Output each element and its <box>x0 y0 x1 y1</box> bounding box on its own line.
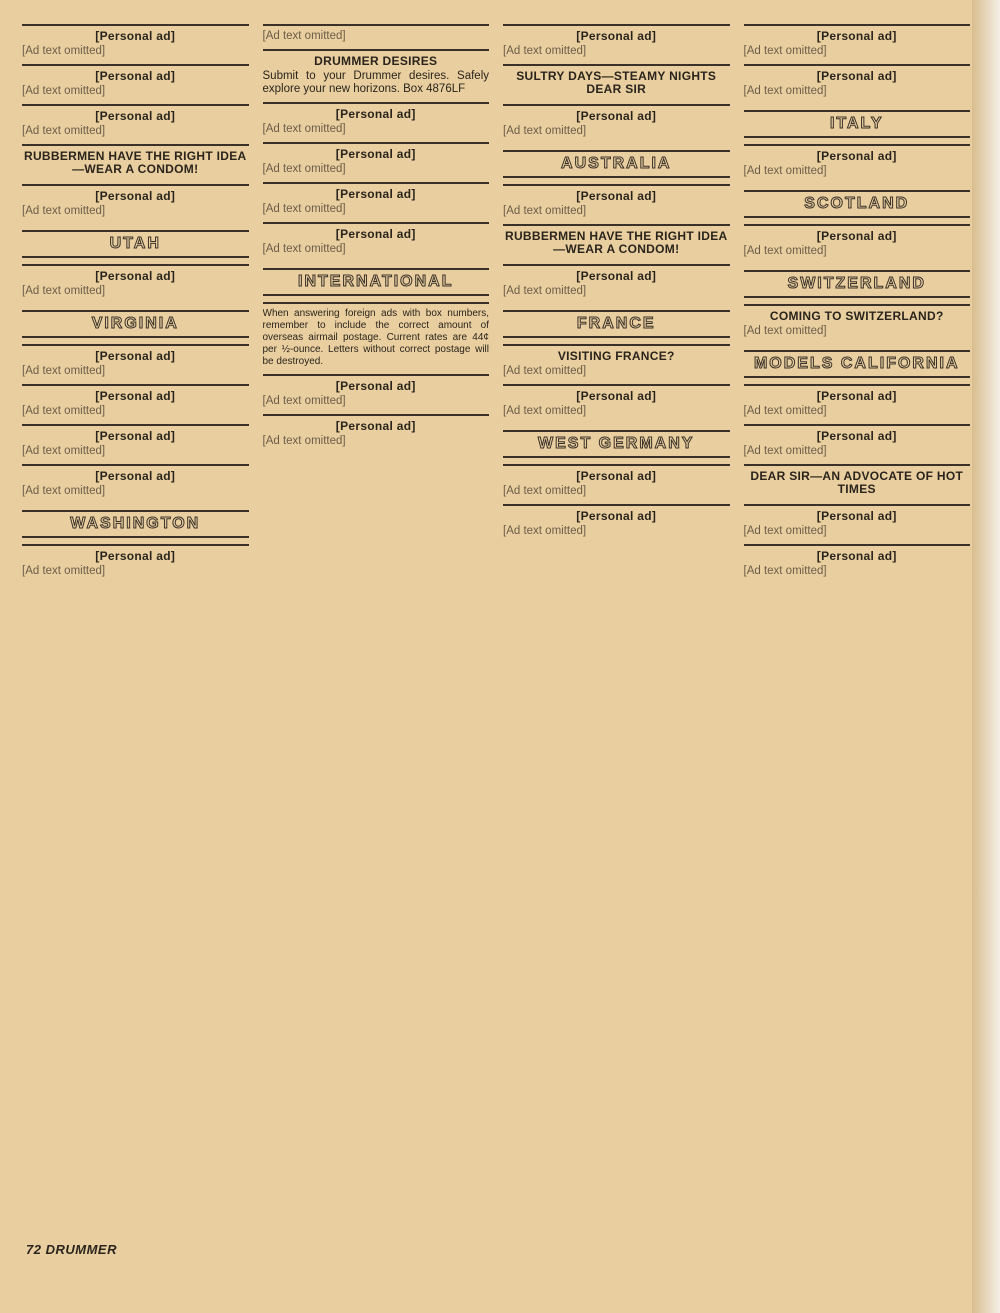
ad-headline: RUBBERMEN HAVE THE RIGHT IDEA—WEAR A CON… <box>503 230 730 256</box>
ad-headline: [Personal ad] <box>744 230 971 243</box>
section-header: WEST GERMANY <box>503 430 730 458</box>
ad-body: Submit to your Drummer desires. Safely e… <box>263 70 490 96</box>
ad-headline: [Personal ad] <box>503 470 730 483</box>
section-label: ITALY <box>830 115 884 133</box>
ad-headline: [Personal ad] <box>22 190 249 203</box>
section-label: INTERNATIONAL <box>298 273 453 291</box>
ad-headline: [Personal ad] <box>263 188 490 201</box>
ad-headline: [Personal ad] <box>503 110 730 123</box>
ad-headline: [Personal ad] <box>22 70 249 83</box>
section-header: SCOTLAND <box>744 190 971 218</box>
classified-ad: SULTRY DAYS—STEAMY NIGHTS DEAR SIR <box>503 64 730 104</box>
ad-body: [Ad text omitted] <box>744 85 971 98</box>
classified-ad: [Personal ad][Ad text omitted] <box>22 64 249 104</box>
column-2: [Ad text omitted]DRUMMER DESIRESSubmit t… <box>263 24 490 1254</box>
classified-ad: [Personal ad][Ad text omitted] <box>744 24 971 64</box>
ad-body: [Ad text omitted] <box>744 245 971 258</box>
ad-body: [Ad text omitted] <box>744 45 971 58</box>
ad-body: [Ad text omitted] <box>263 123 490 136</box>
classified-ad: [Personal ad][Ad text omitted] <box>503 184 730 224</box>
ad-body: When answering foreign ads with box numb… <box>263 308 490 368</box>
ad-headline: SULTRY DAYS—STEAMY NIGHTS DEAR SIR <box>503 70 730 96</box>
classified-ad: [Personal ad][Ad text omitted] <box>744 504 971 544</box>
ad-headline: [Personal ad] <box>22 470 249 483</box>
ad-headline: VISITING FRANCE? <box>503 350 730 363</box>
section-label: FRANCE <box>577 315 656 333</box>
ad-headline: [Personal ad] <box>22 30 249 43</box>
classified-ad: [Personal ad][Ad text omitted] <box>503 24 730 64</box>
section-label: AUSTRALIA <box>561 155 671 173</box>
classified-ad: [Personal ad][Ad text omitted] <box>22 384 249 424</box>
ad-headline: COMING TO SWITZERLAND? <box>744 310 971 323</box>
ad-body: [Ad text omitted] <box>22 125 249 138</box>
ad-headline: [Personal ad] <box>263 228 490 241</box>
ad-body: [Ad text omitted] <box>22 365 249 378</box>
classified-ad: COMING TO SWITZERLAND?[Ad text omitted] <box>744 304 971 344</box>
section-label: MODELS CALIFORNIA <box>754 355 960 373</box>
classified-ad: [Personal ad][Ad text omitted] <box>503 384 730 424</box>
classified-ad: [Personal ad][Ad text omitted] <box>22 264 249 304</box>
ad-headline: [Personal ad] <box>744 390 971 403</box>
ad-body: [Ad text omitted] <box>503 485 730 498</box>
ad-body: [Ad text omitted] <box>22 565 249 578</box>
ad-headline: DEAR SIR—AN ADVOCATE OF HOT TIMES <box>744 470 971 496</box>
classified-ad: DRUMMER DESIRESSubmit to your Drummer de… <box>263 49 490 102</box>
classified-ad: [Personal ad][Ad text omitted] <box>263 374 490 414</box>
ad-body: [Ad text omitted] <box>503 205 730 218</box>
classified-ad: [Personal ad][Ad text omitted] <box>22 344 249 384</box>
classified-ad: [Personal ad][Ad text omitted] <box>263 222 490 262</box>
ad-headline: [Personal ad] <box>744 30 971 43</box>
section-header: SWITZERLAND <box>744 270 971 298</box>
ad-body: [Ad text omitted] <box>503 125 730 138</box>
classified-ad: [Personal ad][Ad text omitted] <box>744 64 971 104</box>
ad-body: [Ad text omitted] <box>22 485 249 498</box>
classified-ad: [Personal ad][Ad text omitted] <box>263 414 490 454</box>
section-label: UTAH <box>110 235 161 253</box>
classified-ad: [Personal ad][Ad text omitted] <box>744 544 971 584</box>
ad-body: [Ad text omitted] <box>503 365 730 378</box>
classified-ad: [Ad text omitted] <box>263 24 490 49</box>
classified-ad: [Personal ad][Ad text omitted] <box>22 184 249 224</box>
ad-body: [Ad text omitted] <box>263 395 490 408</box>
ad-headline: [Personal ad] <box>22 430 249 443</box>
ad-headline: [Personal ad] <box>744 150 971 163</box>
column-1: [Personal ad][Ad text omitted][Personal … <box>22 24 249 1254</box>
ad-body: [Ad text omitted] <box>22 405 249 418</box>
section-header: UTAH <box>22 230 249 258</box>
classified-ad: [Personal ad][Ad text omitted] <box>22 544 249 584</box>
ad-body: [Ad text omitted] <box>503 525 730 538</box>
ad-headline: [Personal ad] <box>22 550 249 563</box>
ad-body: [Ad text omitted] <box>503 45 730 58</box>
ad-headline: [Personal ad] <box>744 550 971 563</box>
ad-headline: [Personal ad] <box>744 430 971 443</box>
ad-body: [Ad text omitted] <box>263 203 490 216</box>
classified-ad: [Personal ad][Ad text omitted] <box>744 144 971 184</box>
ad-headline: [Personal ad] <box>22 350 249 363</box>
ad-headline: [Personal ad] <box>263 420 490 433</box>
classified-ad: [Personal ad][Ad text omitted] <box>503 104 730 144</box>
ad-headline: [Personal ad] <box>263 380 490 393</box>
ad-body: [Ad text omitted] <box>744 165 971 178</box>
postage-notice: When answering foreign ads with box numb… <box>263 302 490 374</box>
ad-headline: [Personal ad] <box>503 30 730 43</box>
ad-headline: DRUMMER DESIRES <box>263 55 490 68</box>
ad-headline: RUBBERMEN HAVE THE RIGHT IDEA—WEAR A CON… <box>22 150 249 176</box>
classified-ad: [Personal ad][Ad text omitted] <box>22 24 249 64</box>
ad-headline: [Personal ad] <box>22 390 249 403</box>
classified-ad: [Personal ad][Ad text omitted] <box>263 102 490 142</box>
classified-ad: [Personal ad][Ad text omitted] <box>263 142 490 182</box>
classified-ad: [Personal ad][Ad text omitted] <box>22 424 249 464</box>
section-header: VIRGINIA <box>22 310 249 338</box>
classifieds-page: [Personal ad][Ad text omitted][Personal … <box>22 24 970 1254</box>
ad-headline: [Personal ad] <box>263 148 490 161</box>
section-header: INTERNATIONAL <box>263 268 490 296</box>
classified-ad: [Personal ad][Ad text omitted] <box>503 504 730 544</box>
ad-body: [Ad text omitted] <box>22 285 249 298</box>
ad-body: [Ad text omitted] <box>744 325 971 338</box>
column-3: [Personal ad][Ad text omitted]SULTRY DAY… <box>503 24 730 1254</box>
ad-body: [Ad text omitted] <box>263 30 490 43</box>
ad-body: [Ad text omitted] <box>22 445 249 458</box>
ad-headline: [Personal ad] <box>503 190 730 203</box>
ad-body: [Ad text omitted] <box>263 435 490 448</box>
classified-ad: RUBBERMEN HAVE THE RIGHT IDEA—WEAR A CON… <box>22 144 249 184</box>
classified-ad: [Personal ad][Ad text omitted] <box>22 464 249 504</box>
section-label: VIRGINIA <box>92 315 179 333</box>
section-label: WASHINGTON <box>70 515 200 533</box>
ad-headline: [Personal ad] <box>744 510 971 523</box>
classified-ad: [Personal ad][Ad text omitted] <box>744 424 971 464</box>
ad-headline: [Personal ad] <box>263 108 490 121</box>
section-label: WEST GERMANY <box>538 435 694 453</box>
classified-ad: [Personal ad][Ad text omitted] <box>503 264 730 304</box>
ad-headline: [Personal ad] <box>503 510 730 523</box>
ad-body: [Ad text omitted] <box>744 445 971 458</box>
page-folio: 72 DRUMMER <box>26 1242 117 1257</box>
section-header: MODELS CALIFORNIA <box>744 350 971 378</box>
ad-body: [Ad text omitted] <box>22 85 249 98</box>
column-4: [Personal ad][Ad text omitted][Personal … <box>744 24 971 1254</box>
classified-ad: [Personal ad][Ad text omitted] <box>503 464 730 504</box>
section-header: ITALY <box>744 110 971 138</box>
ad-body: [Ad text omitted] <box>744 565 971 578</box>
ad-headline: [Personal ad] <box>503 390 730 403</box>
classified-ad: [Personal ad][Ad text omitted] <box>22 104 249 144</box>
ad-headline: [Personal ad] <box>22 110 249 123</box>
ad-headline: [Personal ad] <box>503 270 730 283</box>
section-header: AUSTRALIA <box>503 150 730 178</box>
classified-ad: [Personal ad][Ad text omitted] <box>744 384 971 424</box>
ad-headline: [Personal ad] <box>744 70 971 83</box>
section-header: FRANCE <box>503 310 730 338</box>
section-label: SCOTLAND <box>804 195 909 213</box>
ad-body: [Ad text omitted] <box>263 163 490 176</box>
ad-body: [Ad text omitted] <box>744 405 971 418</box>
classified-ad: DEAR SIR—AN ADVOCATE OF HOT TIMES <box>744 464 971 504</box>
ad-headline: [Personal ad] <box>22 270 249 283</box>
classified-ad: [Personal ad][Ad text omitted] <box>263 182 490 222</box>
classified-ad: VISITING FRANCE?[Ad text omitted] <box>503 344 730 384</box>
classified-ad: RUBBERMEN HAVE THE RIGHT IDEA—WEAR A CON… <box>503 224 730 264</box>
section-label: SWITZERLAND <box>788 275 926 293</box>
ad-body: [Ad text omitted] <box>503 285 730 298</box>
ad-body: [Ad text omitted] <box>22 45 249 58</box>
classified-ad: [Personal ad][Ad text omitted] <box>744 224 971 264</box>
ad-body: [Ad text omitted] <box>22 205 249 218</box>
ad-body: [Ad text omitted] <box>263 243 490 256</box>
ad-body: [Ad text omitted] <box>744 525 971 538</box>
ad-body: [Ad text omitted] <box>503 405 730 418</box>
section-header: WASHINGTON <box>22 510 249 538</box>
page-edge <box>972 0 1000 1313</box>
